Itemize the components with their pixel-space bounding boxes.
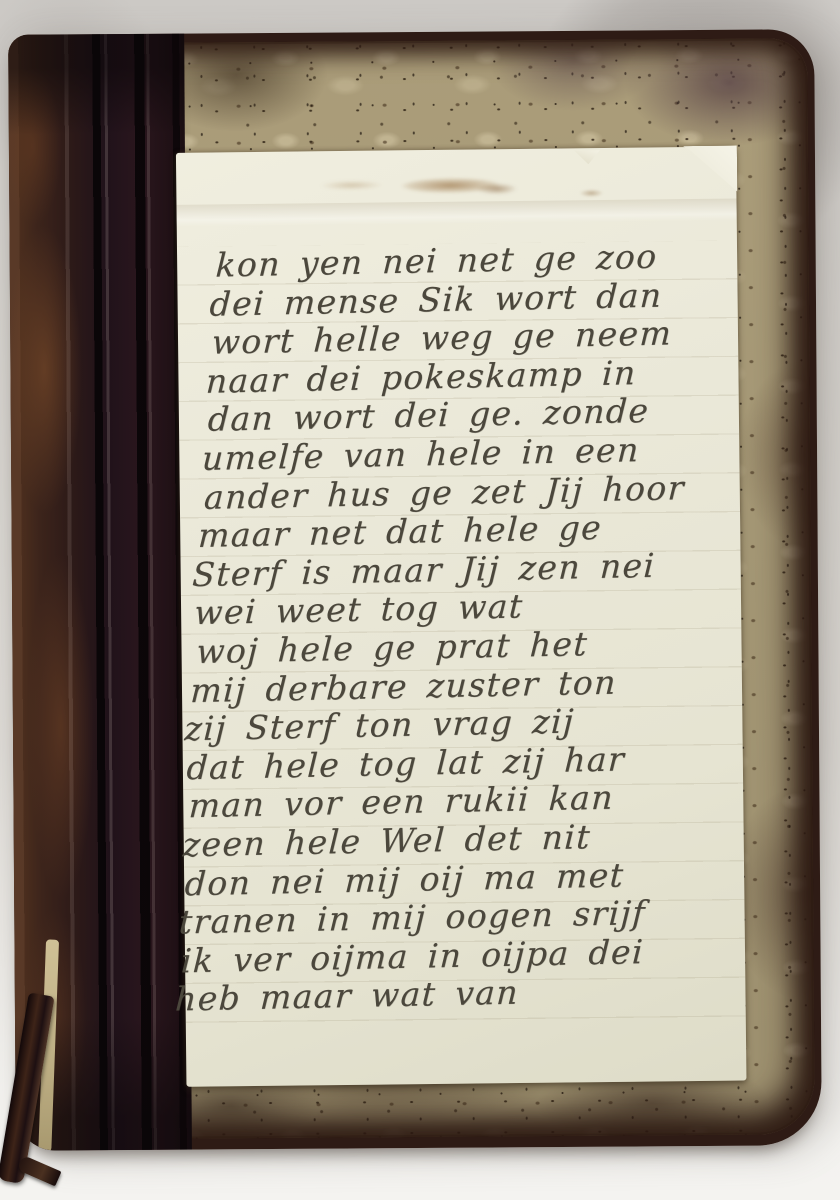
photo-scene: kon yen nei net ge zoo dei mense Sik wor… — [0, 0, 840, 1200]
spine-shading — [8, 34, 192, 1151]
note-crease — [176, 199, 736, 227]
note-stain-dot — [576, 188, 606, 198]
note-small-fold — [574, 150, 600, 164]
leather-spine — [8, 34, 192, 1151]
book-cover-surface: kon yen nei net ge zoo dei mense Sik wor… — [8, 29, 822, 1151]
note-brown-stain — [294, 173, 524, 202]
note-folded-corner — [683, 146, 738, 193]
handwritten-note: kon yen nei net ge zoo dei mense Sik wor… — [176, 147, 747, 1087]
diary-book: kon yen nei net ge zoo dei mense Sik wor… — [8, 29, 822, 1151]
handwriting-block: kon yen nei net ge zoo dei mense Sik wor… — [178, 236, 752, 1020]
leather-tie-tip — [17, 1155, 62, 1186]
